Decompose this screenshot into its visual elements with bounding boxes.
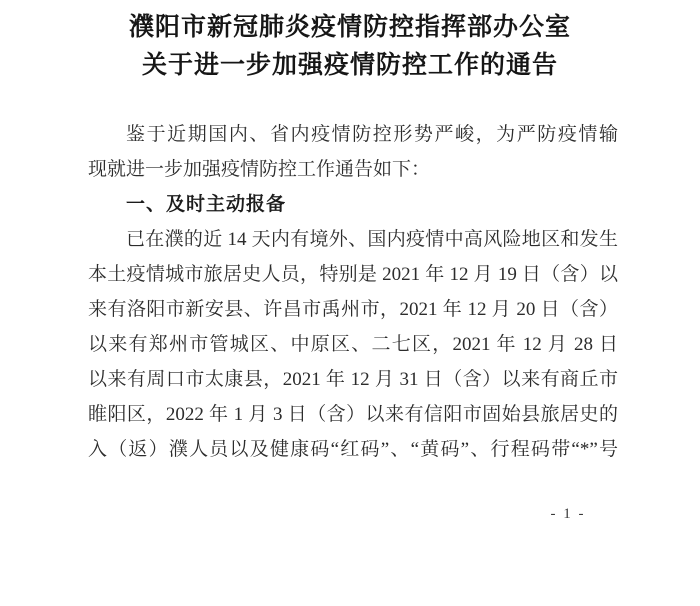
page-number: - 1 - bbox=[536, 506, 600, 523]
body-line: 以来有郑州市管城区、中原区、二七区，2021 年 12 月 28 日（含） bbox=[88, 327, 618, 362]
body-line: 已在濮的近 14 天内有境外、国内疫情中高风险地区和发生 bbox=[88, 222, 618, 257]
notice-title-line-2: 关于进一步加强疫情防控工作的通告 bbox=[0, 47, 700, 85]
body-line: 入（返）濮人员以及健康码“红码”、“黄码”、行程码带“*”号 bbox=[88, 432, 618, 467]
section-heading: 一、及时主动报备 bbox=[88, 187, 618, 222]
body-line: 睢阳区，2022 年 1 月 3 日（含）以来有信阳市固始县旅居史的 bbox=[88, 397, 618, 432]
body-line: 本土疫情城市旅居史人员，特别是 2021 年 12 月 19 日（含）以 bbox=[88, 257, 618, 292]
document-page: 濮阳市新冠肺炎疫情防控指挥部办公室 关于进一步加强疫情防控工作的通告 鉴于近期国… bbox=[0, 0, 700, 606]
notice-title: 濮阳市新冠肺炎疫情防控指挥部办公室 关于进一步加强疫情防控工作的通告 bbox=[0, 9, 700, 85]
notice-body: 鉴于近期国内、省内疫情防控形势严峻，为严防疫情输入， 现就进一步加强疫情防控工作… bbox=[88, 117, 618, 467]
body-line: 鉴于近期国内、省内疫情防控形势严峻，为严防疫情输入， bbox=[88, 117, 618, 152]
body-line: 现就进一步加强疫情防控工作通告如下： bbox=[88, 152, 618, 187]
body-line: 以来有周口市太康县，2021 年 12 月 31 日（含）以来有商丘市 bbox=[88, 362, 618, 397]
notice-title-line-1: 濮阳市新冠肺炎疫情防控指挥部办公室 bbox=[0, 9, 700, 47]
body-line: 来有洛阳市新安县、许昌市禹州市，2021 年 12 月 20 日（含） bbox=[88, 292, 618, 327]
